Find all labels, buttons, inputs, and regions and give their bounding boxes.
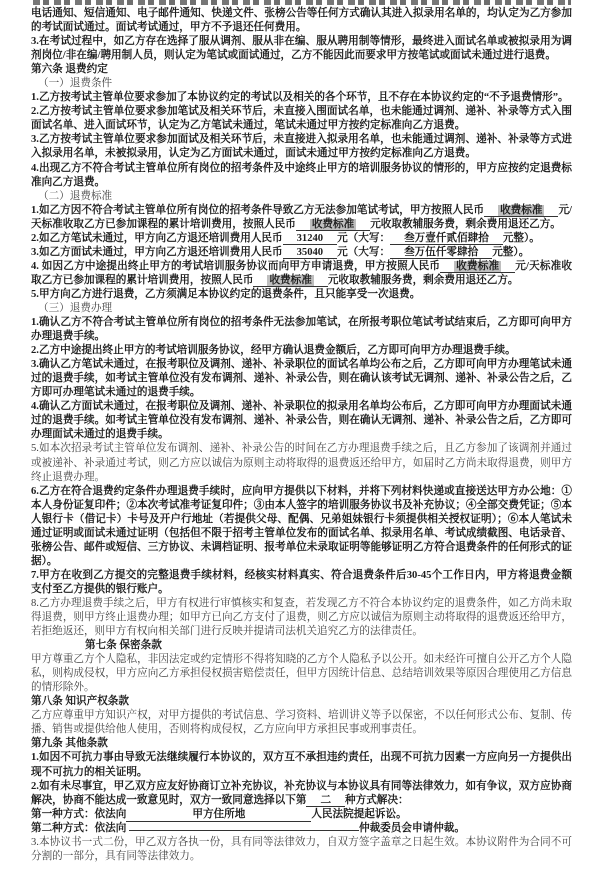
paragraph: 7.甲方在收到乙方提交的完整退费手续材料，经核实材料真实、符合退费条件后30-4… bbox=[31, 569, 572, 597]
paragraph: 5.甲方向乙方进行退费，乙方须满足本协议约定的退费条件，且只能享受一次退费。 bbox=[31, 288, 572, 302]
form-field-underlined: 叁万壹仟贰佰肆拾 bbox=[390, 233, 503, 245]
document-body: 电话通知、短信通知、电子邮件通知、快递文件、张榜公告等任何方式确认其进入拟录用名… bbox=[31, 7, 572, 864]
paragraph: 第一种方式：依法向甲方住所地人民法院提起诉讼。 bbox=[31, 808, 572, 822]
paragraph: 2.如有未尽事宜，甲乙双方应友好协商订立补充协议，补充协议与本协议具有同等法律效… bbox=[31, 780, 572, 808]
paragraph: 2.如乙方笔试未通过，甲方向乙方退还培训费用人民币31240元（大写：叁万壹仟贰… bbox=[31, 232, 572, 246]
paragraph: 2.乙方中途提出终止甲方的考试培训服务协议，经甲方确认退费金额后，乙方即可向甲方… bbox=[31, 344, 572, 358]
form-field-shaded: 收费标准 bbox=[484, 205, 558, 217]
form-field-shaded: 收费标准 bbox=[296, 219, 370, 231]
paragraph: 第七条 保密条款 bbox=[31, 639, 572, 653]
document-page: 电话通知、短信通知、电子邮件通知、快递文件、张榜公告等任何方式确认其进入拟录用名… bbox=[0, 0, 602, 880]
form-field-underlined: 31240 bbox=[283, 233, 337, 245]
paragraph: 第九条 其他条款 bbox=[31, 737, 572, 751]
paragraph: 2.乙方按考试主管单位要求参加笔试及相关环节后，未直接入围面试名单，也未能通过调… bbox=[31, 105, 572, 133]
paragraph: 1.乙方按考试主管单位要求参加了本协议约定的考试以及相关的各个环节，且不存在本协… bbox=[31, 91, 572, 105]
paragraph: （三）退费办理 bbox=[31, 302, 572, 316]
form-field-blank bbox=[129, 830, 359, 831]
paragraph: 3.如乙方面试未通过，甲方向乙方退还培训费用人民币35040元（大写：叁万伍仟零… bbox=[31, 246, 572, 260]
paragraph: 1.确认乙方不符合考试主管单位所有岗位的招考条件无法参加笔试，在所报考职位笔试考… bbox=[31, 316, 572, 344]
paragraph: 甲方尊重乙方个人隐私，非因法定或约定情形不得将知晓的乙方个人隐私予以公开。如未经… bbox=[31, 653, 572, 695]
paragraph: 4. 如因乙方中途提出终止甲方的考试培训服务协议而向甲方申请退费，甲方按照人民币… bbox=[31, 260, 572, 288]
paragraph: 第二种方式：依法向 仲裁委员会申请仲裁。 bbox=[31, 822, 572, 836]
paragraph: 8.乙方办理退费手续之后，甲方有权进行审慎核实和复查，若发现乙方不符合本协议约定… bbox=[31, 597, 572, 639]
paragraph: 电话通知、短信通知、电子邮件通知、快递文件、张榜公告等任何方式确认其进入拟录用名… bbox=[31, 7, 572, 35]
paragraph: 3.本协议书一式二份，甲乙双方各执一份，具有同等法律效力，自双方签字盖章之日起生… bbox=[31, 836, 572, 864]
paragraph: 1.如乙方因不符合考试主管单位所有岗位的招考条件导致乙方无法参加笔试考试，甲方按… bbox=[31, 204, 572, 232]
paragraph: （一）退费条件 bbox=[31, 77, 572, 91]
form-field-underlined: 叁万伍仟零肆拾 bbox=[390, 247, 492, 259]
paragraph: 1.如因不可抗力事由导致无法继续履行本协议的，双方互不承担违约责任，出现不可抗力… bbox=[31, 751, 572, 779]
paragraph: 乙方应尊重甲方知识产权，对甲方提供的考试信息、学习资料、培训讲义等予以保密，不以… bbox=[31, 709, 572, 737]
paragraph: 3.乙方按考试主管单位要求参加面试及相关环节后，未直接进入拟录用名单，也未能通过… bbox=[31, 133, 572, 161]
form-field-shaded: 收费标准 bbox=[253, 275, 327, 287]
form-field-underlined: 二 bbox=[306, 795, 345, 807]
clipped-text-line bbox=[33, 0, 571, 5]
paragraph: 3.确认乙方笔试未通过，在报考职位及调剂、递补、补录职位的面试名单均公布之后，乙… bbox=[31, 358, 572, 400]
form-field-shaded: 收费标准 bbox=[440, 261, 515, 273]
paragraph: 5.如本次招录考试主管单位发布调剂、递补、补录公告的时间在乙方办理退费手续之后，… bbox=[31, 442, 572, 484]
paragraph: 4.确认乙方面试未通过，在报考职位及调剂、递补、补录职位的拟录用名单均公布后，乙… bbox=[31, 400, 572, 442]
form-field-blank: 甲方住所地 bbox=[126, 809, 311, 822]
paragraph: 3.在考试过程中，如乙方存在选择了服从调剂、服从非在编、服从聘用制等情形，最终进… bbox=[31, 35, 572, 63]
paragraph: （二）退费标准 bbox=[31, 190, 572, 204]
paragraph: 4.出现乙方不符合考试主管单位所有岗位的招考条件及中途终止甲方的培训服务协议的情… bbox=[31, 162, 572, 190]
paragraph: 6.乙方在符合退费约定条件办理退费手续时，应向甲方提供以下材料，并将下列材料快递… bbox=[31, 485, 572, 569]
paragraph: 第六条 退费约定 bbox=[31, 63, 572, 77]
form-field-underlined: 35040 bbox=[283, 247, 337, 259]
paragraph: 第八条 知识产权条款 bbox=[31, 695, 572, 709]
